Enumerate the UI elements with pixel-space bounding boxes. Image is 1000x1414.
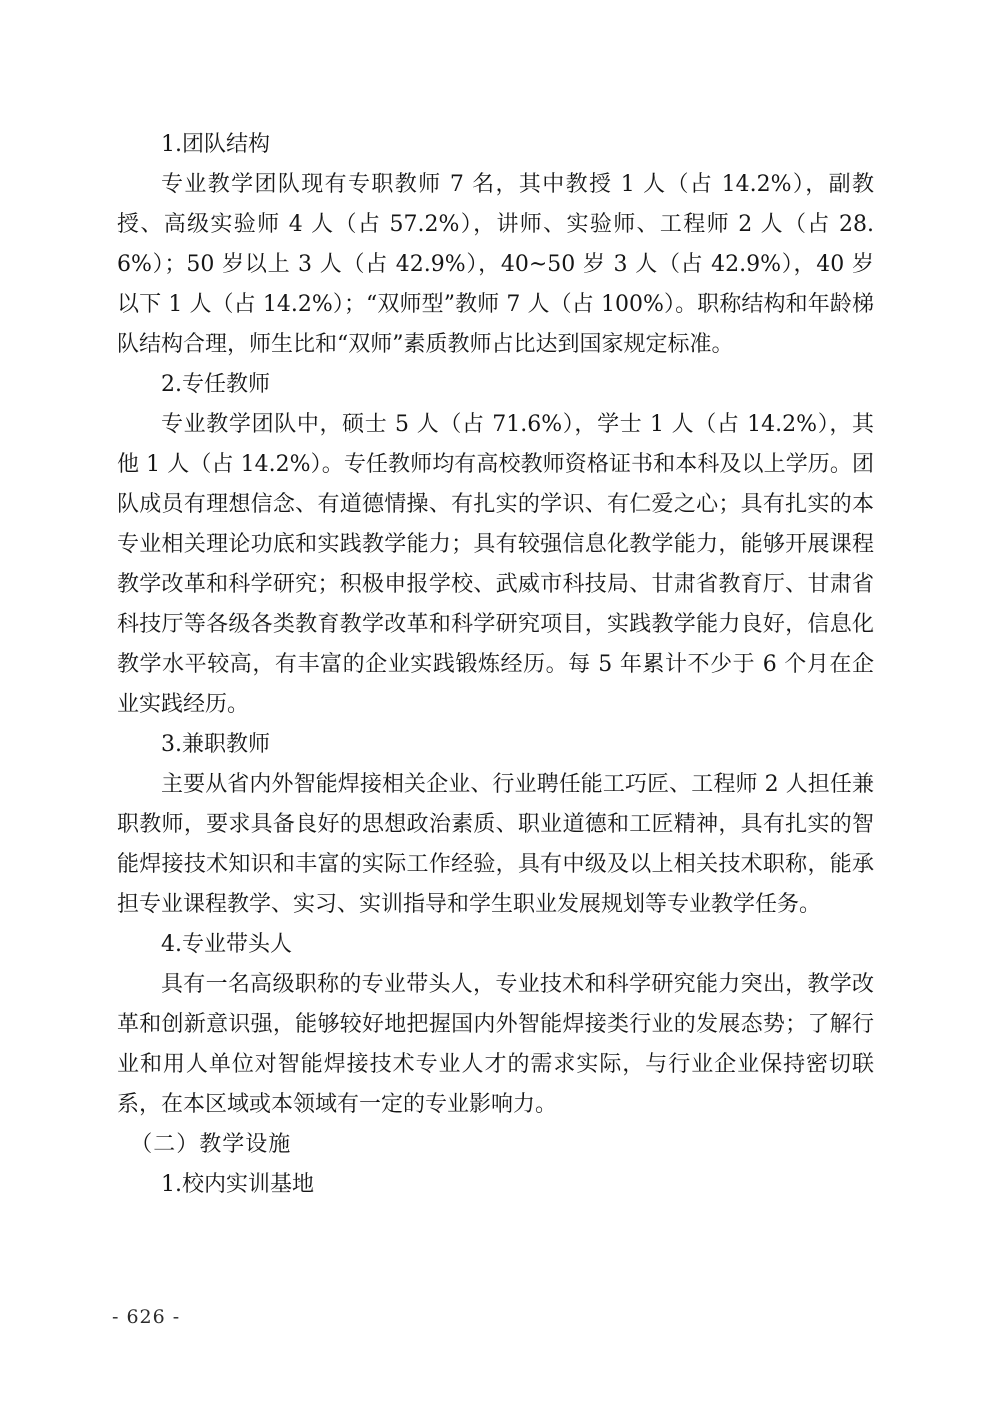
heading-campus-training-base: 1.校内实训基地 <box>117 1165 874 1205</box>
paragraph-professional-leader: 具有一名高级职称的专业带头人，专业技术和科学研究能力突出，教学改革和创新意识强，… <box>117 965 874 1125</box>
paragraph-full-time-teachers: 专业教学团队中，硕士 5 人（占 71.6%），学士 1 人（占 14.2%），… <box>117 405 874 725</box>
document-body: 1.团队结构 专业教学团队现有专职教师 7 名，其中教授 1 人（占 14.2%… <box>117 125 874 1205</box>
heading-full-time-teachers: 2.专任教师 <box>117 365 874 405</box>
heading-teaching-facilities: （二）教学设施 <box>117 1125 874 1165</box>
paragraph-part-time-teachers: 主要从省内外智能焊接相关企业、行业聘任能工巧匠、工程师 2 人担任兼职教师，要求… <box>117 765 874 925</box>
document-page: 1.团队结构 专业教学团队现有专职教师 7 名，其中教授 1 人（占 14.2%… <box>0 0 1000 1414</box>
heading-professional-leader: 4.专业带头人 <box>117 925 874 965</box>
heading-team-structure: 1.团队结构 <box>117 125 874 165</box>
heading-part-time-teachers: 3.兼职教师 <box>117 725 874 765</box>
paragraph-team-structure: 专业教学团队现有专职教师 7 名，其中教授 1 人（占 14.2%），副教授、高… <box>117 165 874 365</box>
page-number: - 626 - <box>112 1304 180 1330</box>
